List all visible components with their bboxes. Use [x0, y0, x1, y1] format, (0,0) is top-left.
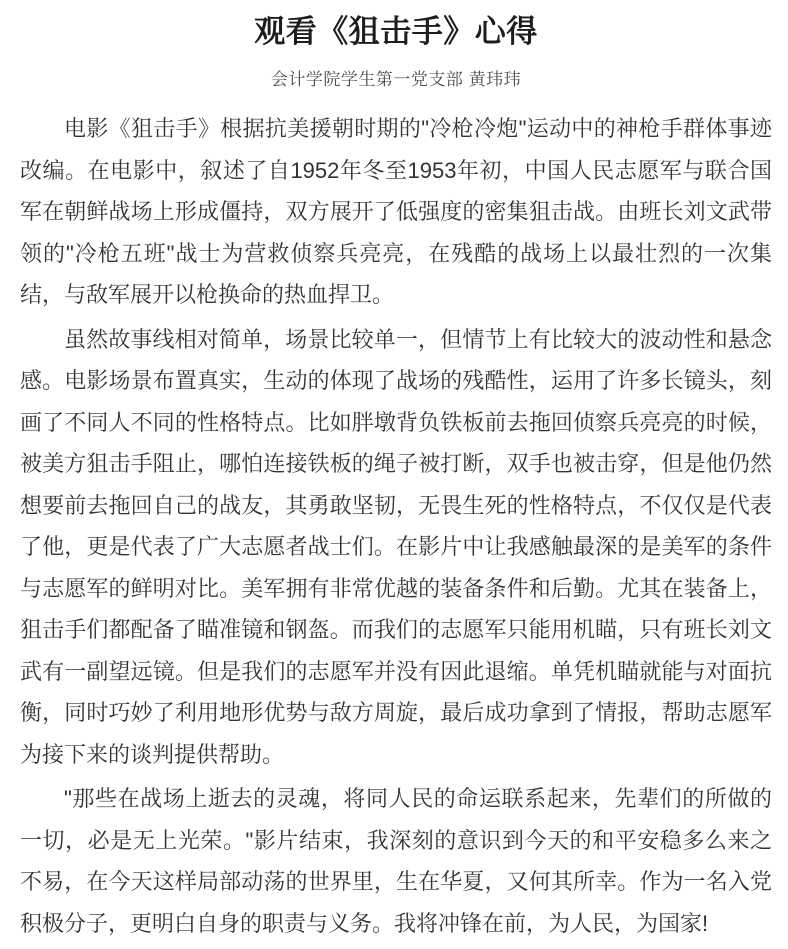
- byline: 会计学院学生第一党支部 黄玮玮: [20, 68, 772, 92]
- page-title: 观看《狙击手》心得: [20, 10, 772, 54]
- essay-body: 电影《狙击手》根据抗美援朝时期的"冷枪冷炮"运动中的神枪手群体事迹改编。在电影中…: [20, 108, 772, 944]
- document-page: 观看《狙击手》心得 会计学院学生第一党支部 黄玮玮 电影《狙击手》根据抗美援朝时…: [0, 0, 788, 949]
- paragraph: "那些在战场上逝去的灵魂，将同人民的命运联系起来，先辈们的所做的一切，必是无上光…: [20, 778, 772, 944]
- paragraph: 电影《狙击手》根据抗美援朝时期的"冷枪冷炮"运动中的神枪手群体事迹改编。在电影中…: [20, 108, 772, 316]
- paragraph: 虽然故事线相对简单，场景比较单一，但情节上有比较大的波动性和悬念感。电影场景布置…: [20, 319, 772, 776]
